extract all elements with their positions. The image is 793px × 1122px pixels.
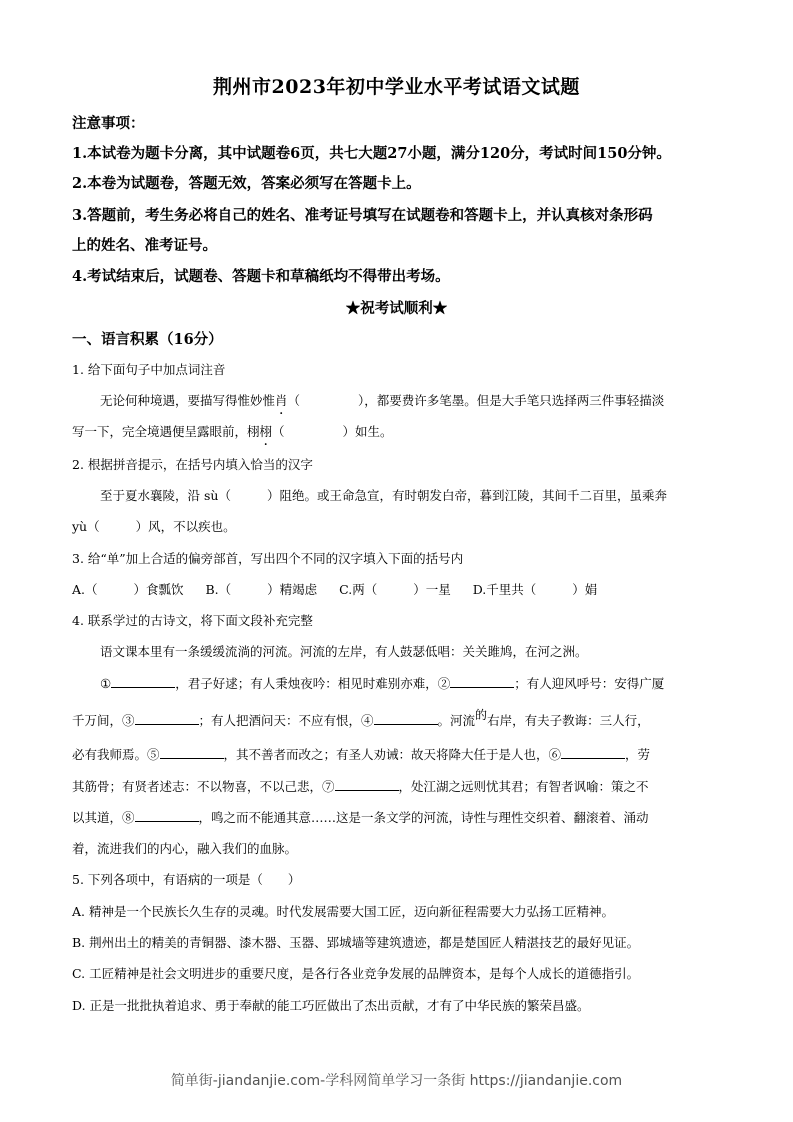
q4-prompt: 4. 联系学过的古诗文，将下面文段补充完整	[72, 611, 313, 629]
notice-item-3-cont: 上的姓名、准考证号。	[72, 234, 217, 255]
q3-option-d-text: ）娟	[572, 582, 597, 597]
q1-text-a: 无论何种境遇，要描写得惟妙惟	[100, 393, 275, 408]
q3-option-c-text: ）一星	[413, 582, 451, 597]
q1-text-a2: 写一下，完全境遇便呈露眼前，栩	[72, 424, 260, 439]
q1-prompt: 1. 给下面句子中加点词注音	[72, 360, 225, 378]
dotted-char: 肖	[275, 391, 288, 409]
fill-blank-6[interactable]	[561, 746, 625, 759]
q4-text: 必有我师焉。⑤	[72, 747, 160, 762]
q3-option-b-text: ）精竭虑	[267, 582, 317, 597]
q2-text-c: yù（	[72, 519, 100, 534]
notice-item-2: 2.本卷为试题卷，答题无效，答案必须写在答题卡上。	[72, 172, 421, 193]
q1-paren-open: （	[288, 393, 301, 408]
fill-blank-7[interactable]	[335, 778, 399, 791]
q3-option-b-label: B.（	[206, 582, 232, 597]
notice-item-1: 1.本试卷为题卡分离，其中试题卷6页，共七大题27小题，满分120分，考试时间1…	[72, 142, 671, 163]
q4-text: ；有人迎风呼号：安得广厦	[514, 676, 664, 691]
q3-prompt: 3. 给“单”加上合适的偏旁部首，写出四个不同的汉字填入下面的括号内	[72, 549, 463, 567]
notice-item-4: 4.考试结束后，试题卷、答题卡和草稿纸均不得带出考场。	[72, 265, 450, 286]
q4-text: ，君子好逑；有人秉烛夜吟：相见时难别亦难，②	[175, 676, 450, 691]
q4-text: 其筋骨；有贤者述志：不以物喜，不以己悲，⑦	[72, 779, 335, 794]
q2-text-a: 至于夏水襄陵，沿 sù（	[100, 488, 231, 503]
fill-blank-8[interactable]	[135, 809, 199, 822]
q2-text-d: ）风，不以疾也。	[136, 519, 236, 534]
notice-item-3: 3.答题前，考生务必将自己的姓名、准考证号填写在试题卷和答题卡上，并认真核对条形…	[72, 204, 653, 225]
footer-watermark: 简单街-jiandanjie.com-学科网简单学习一条街 https://ji…	[0, 1070, 793, 1090]
q4-text: 。河流	[438, 713, 476, 728]
q1-text-c: ），都要费许多笔墨。但是大手笔只选择两三件事轻描淡	[358, 393, 664, 408]
q4-line-4: 其筋骨；有贤者述志：不以物喜，不以己悲，⑦，处江湖之远则忧其君；有智者讽喻：策之…	[72, 777, 649, 795]
q1-line-1: 无论何种境遇，要描写得惟妙惟肖（），都要费许多笔墨。但是大手笔只选择两三件事轻描…	[100, 391, 664, 409]
q2-prompt: 2. 根据拼音提示，在括号内填入恰当的汉字	[72, 455, 313, 473]
q2-line-2: yù（）风，不以疾也。	[72, 517, 236, 535]
fill-blank-1[interactable]	[111, 675, 175, 688]
dotted-char: 栩	[260, 422, 273, 440]
fill-blank-4[interactable]	[374, 712, 438, 725]
q4-text: 右岸，有夫子教诲：三人行，	[487, 713, 650, 728]
q1-text-c2: ）如生。	[343, 424, 393, 439]
q4-text: 千万间，③	[72, 713, 135, 728]
q2-text-b: ）阻绝。或王命急宣，有时朝发白帝，暮到江陵，其间千二百里，虽乘奔	[267, 488, 667, 503]
q4-line-1: ①，君子好逑；有人秉烛夜吟：相见时难别亦难，②；有人迎风呼号：安得广厦	[100, 674, 664, 692]
q4-para-1: 语文课本里有一条缓缓流淌的河流。河流的左岸，有人鼓瑟低唱：关关雎鸠，在河之洲。	[100, 642, 588, 660]
q2-line-1: 至于夏水襄陵，沿 sù（）阻绝。或王命急宣，有时朝发白帝，暮到江陵，其间千二百里…	[100, 486, 667, 504]
blessing: ★祝考试顺利★	[0, 297, 793, 318]
q3-option-c-label: C.两（	[339, 582, 377, 597]
q5-prompt: 5. 下列各项中，有语病的一项是（ ）	[72, 870, 300, 888]
fill-blank-3[interactable]	[135, 712, 199, 725]
q5-option-c[interactable]: C. 工匠精神是社会文明进步的重要尺度，是各行各业竞争发展的品牌资本，是每个人成…	[72, 964, 639, 982]
q5-option-b[interactable]: B. 荆州出土的精美的青铜器、漆木器、玉器、郢城墙等建筑遗迹，都是楚国匠人精湛技…	[72, 933, 639, 951]
q3-option-a-text: ）食瓢饮	[134, 582, 184, 597]
q4-text: 以其道，⑧	[72, 810, 135, 825]
q4-line-5: 以其道，⑧，鸣之而不能通其意……这是一条文学的河流，诗性与理性交织着、翻滚着、涌…	[72, 808, 649, 826]
q4-text: ，劳	[625, 747, 650, 762]
q5-option-d[interactable]: D. 正是一批批执着追求、勇于奉献的能工巧匠做出了杰出贡献，才有了中华民族的繁荣…	[72, 996, 590, 1014]
q3-option-d-label: D.千里共（	[473, 582, 537, 597]
exam-page: 荆州市2023年初中学业水平考试语文试题 注意事项： 1.本试卷为题卡分离，其中…	[0, 0, 793, 1122]
q5-option-a[interactable]: A. 精神是一个民族长久生存的灵魂。时代发展需要大国工匠，迈向新征程需要大力弘扬…	[72, 902, 614, 920]
q3-options: A.（）食瓢饮 B.（）精竭虑 C.两（）一星 D.千里共（）娟	[72, 580, 597, 598]
q4-text: ①	[100, 676, 111, 691]
q4-text: ，其不善者而改之；有圣人劝诫：故天将降大任于是人也，⑥	[224, 747, 562, 762]
fill-blank-2[interactable]	[450, 675, 514, 688]
q1-paren-open-2: （	[272, 424, 285, 439]
q3-option-a-label: A.（	[72, 582, 98, 597]
q4-text: ，处江湖之远则忧其君；有智者讽喻：策之不	[399, 779, 649, 794]
section-heading: 一、语言积累（16分）	[72, 328, 223, 349]
q1-line-2: 写一下，完全境遇便呈露眼前，栩栩（）如生。	[72, 422, 393, 440]
q4-line-2: 千万间，③；有人把酒问天：不应有恨，④。河流的右岸，有夫子教诲：三人行，	[72, 711, 650, 729]
page-title: 荆州市2023年初中学业水平考试语文试题	[0, 72, 793, 99]
q4-text: ；有人把酒问天：不应有恨，④	[199, 713, 374, 728]
q4-text: ，鸣之而不能通其意……这是一条文学的河流，诗性与理性交织着、翻滚着、涌动	[199, 810, 649, 825]
notice-heading: 注意事项：	[72, 112, 145, 133]
q4-line-6: 着，流进我们的内心，融入我们的血脉。	[72, 839, 297, 857]
q4-superscript-char: 的	[475, 708, 487, 722]
q4-line-3: 必有我师焉。⑤，其不善者而改之；有圣人劝诫：故天将降大任于是人也，⑥，劳	[72, 745, 650, 763]
fill-blank-5[interactable]	[160, 746, 224, 759]
